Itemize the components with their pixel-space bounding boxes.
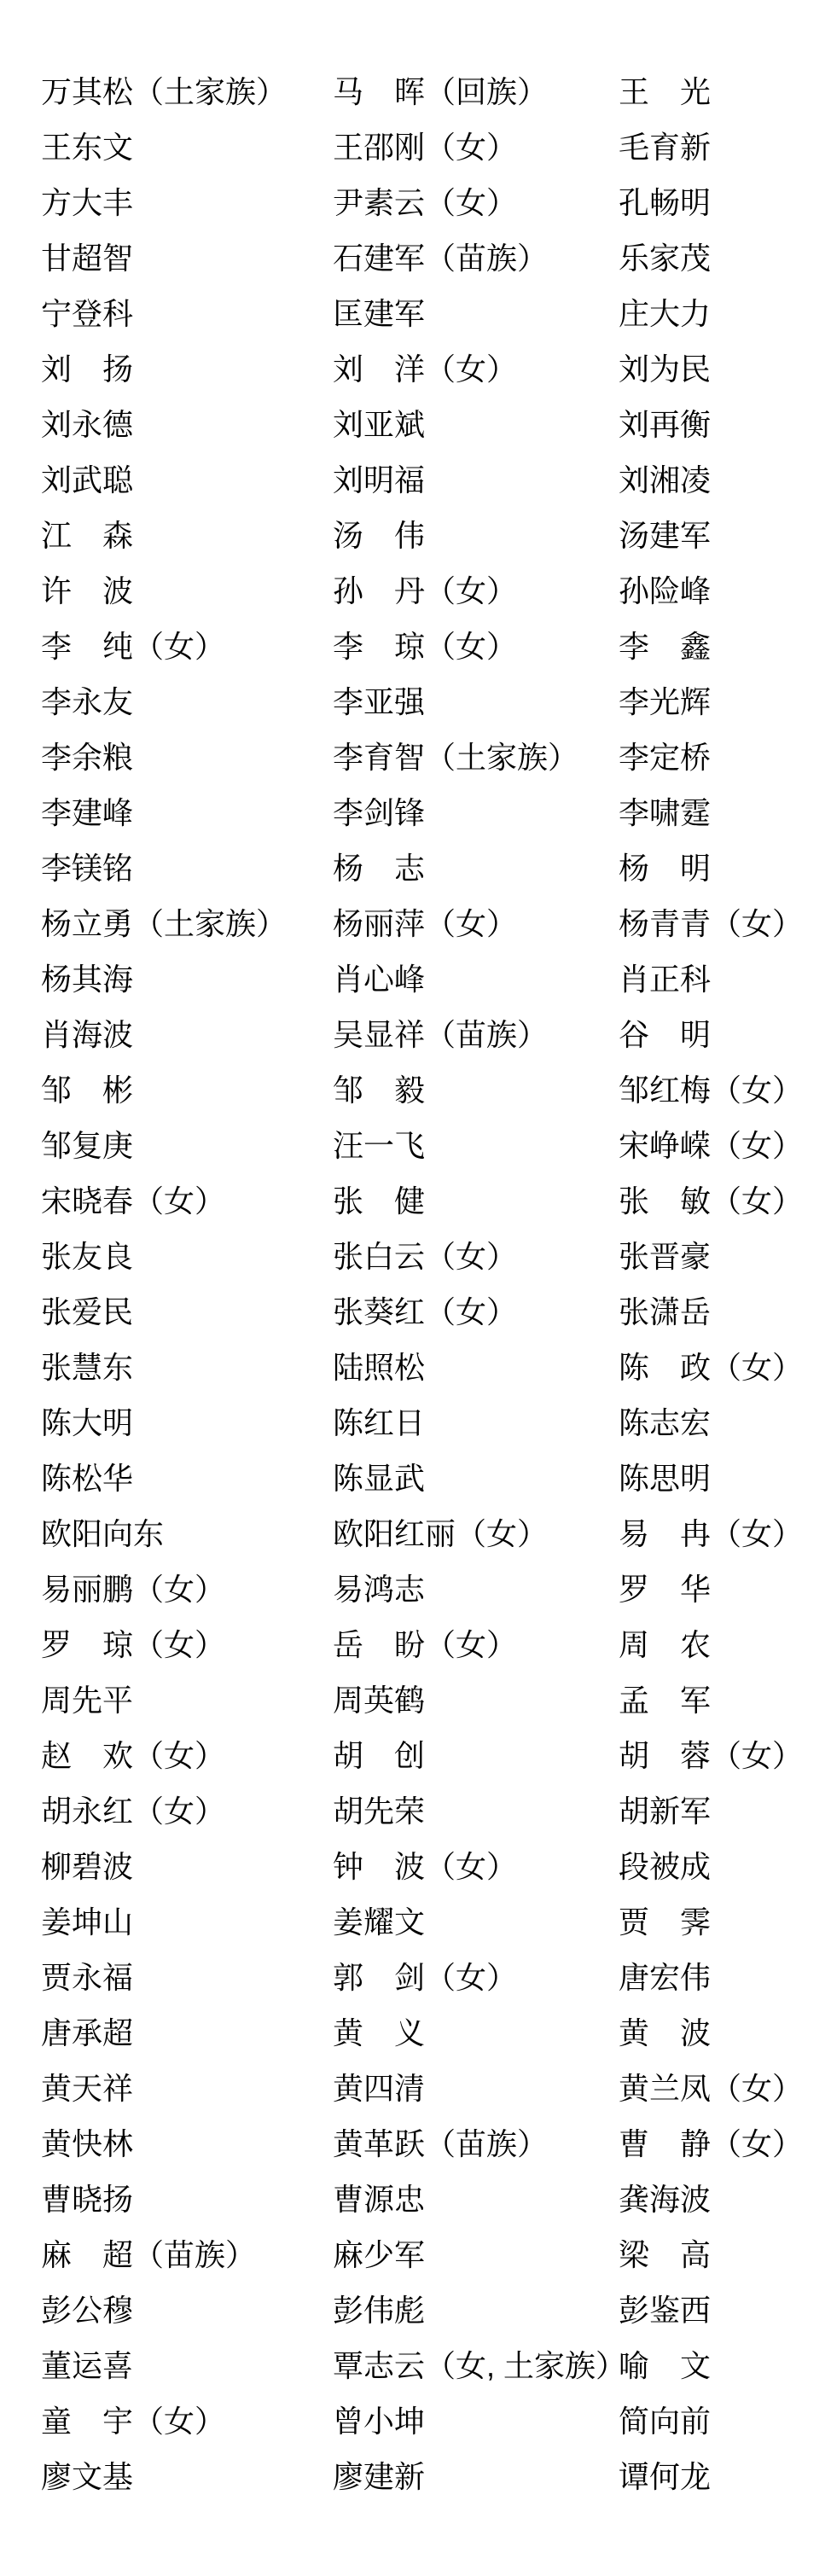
person-name-cell: 李育智（土家族）: [333, 730, 619, 785]
person-name-cell: 周先平: [41, 1672, 333, 1728]
person-name-cell: 张 健: [333, 1173, 619, 1229]
name-list-row: 刘永德 刘亚斌 刘再衡: [41, 397, 831, 452]
name-list-row: 许 波 孙 丹（女） 孙险峰: [41, 563, 831, 619]
person-name-cell: 陈红日: [333, 1395, 619, 1451]
person-name-cell: 李永友: [41, 674, 333, 730]
person-name-cell: 李亚强: [333, 674, 619, 730]
name-list-row: 王东文 王邵刚（女） 毛育新: [41, 119, 831, 175]
person-name-cell: 张友良: [41, 1229, 333, 1284]
person-name-cell: 陈 政（女）: [619, 1340, 831, 1395]
person-name-cell: 谭何龙: [619, 2449, 831, 2504]
person-name-cell: 姜坤山: [41, 1894, 333, 1950]
name-list-row: 宁登科 匡建军 庄大力: [41, 286, 831, 341]
person-name-cell: 匡建军: [333, 286, 619, 341]
name-list-row: 江 森 汤 伟 汤建军: [41, 508, 831, 563]
person-name-cell: 覃志云（女, 土家族）: [333, 2338, 619, 2393]
person-name-cell: 李镁铭: [41, 840, 333, 896]
person-name-cell: 石建军（苗族）: [333, 230, 619, 286]
name-list-row: 欧阳向东 欧阳红丽（女） 易 冉（女）: [41, 1506, 831, 1561]
name-list-row: 易丽鹏（女） 易鸿志 罗 华: [41, 1561, 831, 1617]
person-name-cell: 张爱民: [41, 1284, 333, 1340]
document-page: 万其松（土家族） 马 晖（回族） 王 光 王东文 王邵刚（女） 毛育新 方大丰 …: [0, 0, 831, 2576]
person-name-cell: 贾永福: [41, 1950, 333, 2005]
person-name-cell: 胡永红（女）: [41, 1783, 333, 1839]
person-name-cell: 张晋豪: [619, 1229, 831, 1284]
person-name-cell: 邹红梅（女）: [619, 1062, 831, 1118]
person-name-cell: 肖海波: [41, 1007, 333, 1062]
name-list-row: 甘超智 石建军（苗族） 乐家茂: [41, 230, 831, 286]
person-name-cell: 李余粮: [41, 730, 333, 785]
person-name-cell: 杨立勇（土家族）: [41, 896, 333, 951]
person-name-cell: 邹 毅: [333, 1062, 619, 1118]
person-name-cell: 李啸霆: [619, 785, 831, 840]
person-name-cell: 陈松华: [41, 1451, 333, 1506]
name-list-row: 罗 琼（女） 岳 盼（女） 周 农: [41, 1617, 831, 1672]
name-list-row: 杨立勇（土家族） 杨丽萍（女） 杨青青（女）: [41, 896, 831, 951]
person-name-cell: 孙险峰: [619, 563, 831, 619]
person-name-cell: 刘明福: [333, 452, 619, 508]
person-name-cell: 胡新军: [619, 1783, 831, 1839]
person-name-cell: 张潇岳: [619, 1284, 831, 1340]
name-list: 万其松（土家族） 马 晖（回族） 王 光 王东文 王邵刚（女） 毛育新 方大丰 …: [0, 0, 831, 2504]
name-list-row: 张慧东 陆照松 陈 政（女）: [41, 1340, 831, 1395]
person-name-cell: 王 光: [619, 64, 831, 119]
name-list-row: 李镁铭 杨 志 杨 明: [41, 840, 831, 896]
person-name-cell: 刘再衡: [619, 397, 831, 452]
name-list-row: 黄天祥 黄四清 黄兰凤（女）: [41, 2061, 831, 2116]
person-name-cell: 彭鉴西: [619, 2282, 831, 2338]
person-name-cell: 李剑锋: [333, 785, 619, 840]
person-name-cell: 岳 盼（女）: [333, 1617, 619, 1672]
person-name-cell: 罗 华: [619, 1561, 831, 1617]
name-list-row: 贾永福 郭 剑（女） 唐宏伟: [41, 1950, 831, 2005]
person-name-cell: 李定桥: [619, 730, 831, 785]
person-name-cell: 罗 琼（女）: [41, 1617, 333, 1672]
name-list-row: 柳碧波 钟 波（女） 段被成: [41, 1839, 831, 1894]
name-list-row: 方大丰 尹素云（女） 孔畅明: [41, 175, 831, 230]
person-name-cell: 欧阳向东: [41, 1506, 333, 1561]
person-name-cell: 尹素云（女）: [333, 175, 619, 230]
person-name-cell: 刘 洋（女）: [333, 341, 619, 397]
person-name-cell: 江 森: [41, 508, 333, 563]
person-name-cell: 肖正科: [619, 951, 831, 1007]
person-name-cell: 杨 志: [333, 840, 619, 896]
name-list-row: 刘武聪 刘明福 刘湘凌: [41, 452, 831, 508]
person-name-cell: 易 冉（女）: [619, 1506, 831, 1561]
person-name-cell: 童 宇（女）: [41, 2393, 333, 2449]
person-name-cell: 庄大力: [619, 286, 831, 341]
person-name-cell: 乐家茂: [619, 230, 831, 286]
person-name-cell: 黄 义: [333, 2005, 619, 2061]
person-name-cell: 简向前: [619, 2393, 831, 2449]
person-name-cell: 陈思明: [619, 1451, 831, 1506]
person-name-cell: 刘永德: [41, 397, 333, 452]
name-list-row: 廖文基 廖建新 谭何龙: [41, 2449, 831, 2504]
person-name-cell: 杨青青（女）: [619, 896, 831, 951]
person-name-cell: 麻少军: [333, 2227, 619, 2282]
person-name-cell: 孟 军: [619, 1672, 831, 1728]
person-name-cell: 汪一飞: [333, 1118, 619, 1173]
name-list-row: 杨其海 肖心峰 肖正科: [41, 951, 831, 1007]
person-name-cell: 李 琼（女）: [333, 619, 619, 674]
person-name-cell: 汤 伟: [333, 508, 619, 563]
person-name-cell: 黄快林: [41, 2116, 333, 2172]
person-name-cell: 欧阳红丽（女）: [333, 1506, 619, 1561]
person-name-cell: 万其松（土家族）: [41, 64, 333, 119]
person-name-cell: 李 纯（女）: [41, 619, 333, 674]
person-name-cell: 陆照松: [333, 1340, 619, 1395]
person-name-cell: 柳碧波: [41, 1839, 333, 1894]
name-list-row: 李永友 李亚强 李光辉: [41, 674, 831, 730]
name-list-row: 董运喜 覃志云（女, 土家族） 喻 文: [41, 2338, 831, 2393]
name-list-row: 邹复庚 汪一飞 宋峥嵘（女）: [41, 1118, 831, 1173]
person-name-cell: 邹 彬: [41, 1062, 333, 1118]
person-name-cell: 黄兰凤（女）: [619, 2061, 831, 2116]
person-name-cell: 唐宏伟: [619, 1950, 831, 2005]
person-name-cell: 胡先荣: [333, 1783, 619, 1839]
person-name-cell: 赵 欢（女）: [41, 1728, 333, 1783]
name-list-row: 万其松（土家族） 马 晖（回族） 王 光: [41, 64, 831, 119]
name-list-row: 麻 超（苗族） 麻少军 梁 高: [41, 2227, 831, 2282]
person-name-cell: 王邵刚（女）: [333, 119, 619, 175]
name-list-row: 周先平 周英鹤 孟 军: [41, 1672, 831, 1728]
person-name-cell: 曹 静（女）: [619, 2116, 831, 2172]
person-name-cell: 彭公穆: [41, 2282, 333, 2338]
person-name-cell: 邹复庚: [41, 1118, 333, 1173]
name-list-row: 邹 彬 邹 毅 邹红梅（女）: [41, 1062, 831, 1118]
name-list-row: 唐承超 黄 义 黄 波: [41, 2005, 831, 2061]
person-name-cell: 刘武聪: [41, 452, 333, 508]
person-name-cell: 刘湘凌: [619, 452, 831, 508]
person-name-cell: 宁登科: [41, 286, 333, 341]
name-list-row: 黄快林 黄革跃（苗族） 曹 静（女）: [41, 2116, 831, 2172]
person-name-cell: 陈显武: [333, 1451, 619, 1506]
person-name-cell: 王东文: [41, 119, 333, 175]
name-list-row: 宋晓春（女） 张 健 张 敏（女）: [41, 1173, 831, 1229]
person-name-cell: 黄革跃（苗族）: [333, 2116, 619, 2172]
person-name-cell: 黄四清: [333, 2061, 619, 2116]
person-name-cell: 周 农: [619, 1617, 831, 1672]
person-name-cell: 黄天祥: [41, 2061, 333, 2116]
name-list-row: 童 宇（女） 曾小坤 简向前: [41, 2393, 831, 2449]
name-list-row: 李 纯（女） 李 琼（女） 李 鑫: [41, 619, 831, 674]
person-name-cell: 曹源忠: [333, 2172, 619, 2227]
person-name-cell: 肖心峰: [333, 951, 619, 1007]
person-name-cell: 孙 丹（女）: [333, 563, 619, 619]
name-list-row: 赵 欢（女） 胡 创 胡 蓉（女）: [41, 1728, 831, 1783]
person-name-cell: 姜耀文: [333, 1894, 619, 1950]
person-name-cell: 吴显祥（苗族）: [333, 1007, 619, 1062]
person-name-cell: 张葵红（女）: [333, 1284, 619, 1340]
person-name-cell: 段被成: [619, 1839, 831, 1894]
person-name-cell: 易鸿志: [333, 1561, 619, 1617]
person-name-cell: 刘 扬: [41, 341, 333, 397]
person-name-cell: 杨 明: [619, 840, 831, 896]
person-name-cell: 李光辉: [619, 674, 831, 730]
person-name-cell: 马 晖（回族）: [333, 64, 619, 119]
person-name-cell: 宋晓春（女）: [41, 1173, 333, 1229]
person-name-cell: 张 敏（女）: [619, 1173, 831, 1229]
person-name-cell: 孔畅明: [619, 175, 831, 230]
name-list-row: 李余粮 李育智（土家族） 李定桥: [41, 730, 831, 785]
person-name-cell: 梁 高: [619, 2227, 831, 2282]
name-list-row: 刘 扬 刘 洋（女） 刘为民: [41, 341, 831, 397]
person-name-cell: 谷 明: [619, 1007, 831, 1062]
person-name-cell: 甘超智: [41, 230, 333, 286]
person-name-cell: 杨丽萍（女）: [333, 896, 619, 951]
person-name-cell: 贾 霁: [619, 1894, 831, 1950]
person-name-cell: 胡 创: [333, 1728, 619, 1783]
name-list-row: 李建峰 李剑锋 李啸霆: [41, 785, 831, 840]
person-name-cell: 张慧东: [41, 1340, 333, 1395]
person-name-cell: 李 鑫: [619, 619, 831, 674]
name-list-row: 陈大明 陈红日 陈志宏: [41, 1395, 831, 1451]
name-list-row: 曹晓扬 曹源忠 龚海波: [41, 2172, 831, 2227]
person-name-cell: 彭伟彪: [333, 2282, 619, 2338]
person-name-cell: 钟 波（女）: [333, 1839, 619, 1894]
person-name-cell: 喻 文: [619, 2338, 831, 2393]
name-list-row: 张友良 张白云（女） 张晋豪: [41, 1229, 831, 1284]
person-name-cell: 陈大明: [41, 1395, 333, 1451]
person-name-cell: 许 波: [41, 563, 333, 619]
person-name-cell: 周英鹤: [333, 1672, 619, 1728]
name-list-row: 张爱民 张葵红（女） 张潇岳: [41, 1284, 831, 1340]
person-name-cell: 曾小坤: [333, 2393, 619, 2449]
person-name-cell: 毛育新: [619, 119, 831, 175]
person-name-cell: 宋峥嵘（女）: [619, 1118, 831, 1173]
person-name-cell: 廖文基: [41, 2449, 333, 2504]
person-name-cell: 黄 波: [619, 2005, 831, 2061]
person-name-cell: 易丽鹏（女）: [41, 1561, 333, 1617]
person-name-cell: 刘亚斌: [333, 397, 619, 452]
person-name-cell: 麻 超（苗族）: [41, 2227, 333, 2282]
name-list-row: 肖海波 吴显祥（苗族） 谷 明: [41, 1007, 831, 1062]
person-name-cell: 汤建军: [619, 508, 831, 563]
person-name-cell: 张白云（女）: [333, 1229, 619, 1284]
person-name-cell: 杨其海: [41, 951, 333, 1007]
name-list-row: 胡永红（女） 胡先荣 胡新军: [41, 1783, 831, 1839]
person-name-cell: 刘为民: [619, 341, 831, 397]
person-name-cell: 李建峰: [41, 785, 333, 840]
person-name-cell: 唐承超: [41, 2005, 333, 2061]
person-name-cell: 廖建新: [333, 2449, 619, 2504]
person-name-cell: 龚海波: [619, 2172, 831, 2227]
person-name-cell: 陈志宏: [619, 1395, 831, 1451]
name-list-row: 彭公穆 彭伟彪 彭鉴西: [41, 2282, 831, 2338]
name-list-row: 姜坤山 姜耀文 贾 霁: [41, 1894, 831, 1950]
name-list-row: 陈松华 陈显武 陈思明: [41, 1451, 831, 1506]
person-name-cell: 董运喜: [41, 2338, 333, 2393]
person-name-cell: 胡 蓉（女）: [619, 1728, 831, 1783]
person-name-cell: 方大丰: [41, 175, 333, 230]
person-name-cell: 曹晓扬: [41, 2172, 333, 2227]
person-name-cell: 郭 剑（女）: [333, 1950, 619, 2005]
